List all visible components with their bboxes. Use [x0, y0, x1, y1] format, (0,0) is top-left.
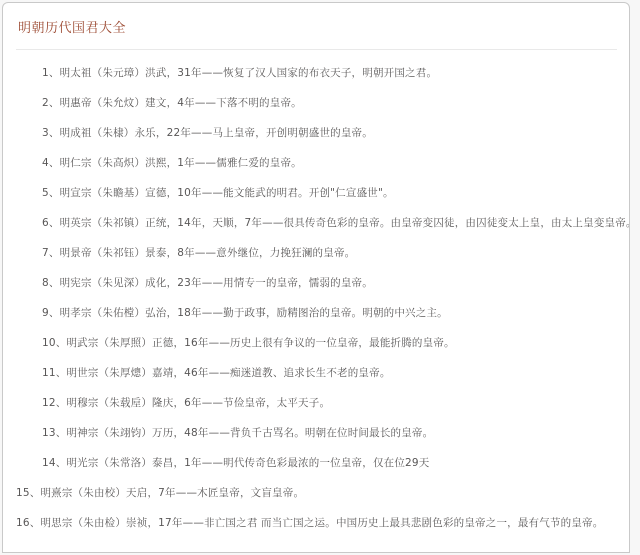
list-item-text: 2、明惠帝（朱允炆）建文，4年——下落不明的皇帝。 [42, 97, 302, 109]
list-item-text: 7、明景帝（朱祁钰）景泰，8年——意外继位，力挽狂澜的皇帝。 [42, 247, 355, 259]
list-item-text: 8、明宪宗（朱见深）成化，23年——用情专一的皇帝，懦弱的皇帝。 [42, 277, 373, 289]
title-divider [16, 49, 617, 50]
emperor-list: 1、明太祖（朱元璋）洪武，31年——恢复了汉人国家的布衣天子，明朝开国之君。 2… [16, 67, 625, 530]
list-item-text: 11、明世宗（朱厚熜）嘉靖，46年——痴迷道教、追求长生不老的皇帝。 [42, 367, 391, 379]
list-item-text: 12、明穆宗（朱载垕）隆庆，6年——节俭皇帝，太平天子。 [42, 397, 330, 409]
list-item-text: 15、明熹宗（朱由校）天启，7年——木匠皇帝，文盲皇帝。 [16, 487, 304, 499]
list-item: 12、明穆宗（朱载垕）隆庆，6年——节俭皇帝，太平天子。 [16, 397, 625, 410]
list-item: 14、明光宗（朱常洛）泰昌，1年——明代传奇色彩最浓的一位皇帝，仅在位29天 [16, 457, 625, 470]
list-item: 11、明世宗（朱厚熜）嘉靖，46年——痴迷道教、追求长生不老的皇帝。 [16, 367, 625, 380]
list-item: 6、明英宗（朱祁镇）正统，14年，天顺，7年——很具传奇色彩的皇帝。由皇帝变囚徒… [16, 217, 625, 230]
list-item: 4、明仁宗（朱高炽）洪熙，1年——儒雅仁爱的皇帝。 [16, 157, 625, 170]
list-item: 8、明宪宗（朱见深）成化，23年——用情专一的皇帝，懦弱的皇帝。 [16, 277, 625, 290]
list-item: 13、明神宗（朱翊钧）万历，48年——背负千古骂名。明朝在位时间最长的皇帝。 [16, 427, 625, 440]
list-item-text: 16、明思宗（朱由检）崇祯，17年——非亡国之君 而当亡国之运。中国历史上最具悲… [16, 517, 603, 529]
list-item-text: 1、明太祖（朱元璋）洪武，31年——恢复了汉人国家的布衣天子，明朝开国之君。 [42, 67, 437, 79]
list-item-text: 3、明成祖（朱棣）永乐，22年——马上皇帝，开创明朝盛世的皇帝。 [42, 127, 373, 139]
list-item: 7、明景帝（朱祁钰）景泰，8年——意外继位，力挽狂澜的皇帝。 [16, 247, 625, 260]
list-item: 15、明熹宗（朱由校）天启，7年——木匠皇帝，文盲皇帝。 [16, 487, 625, 500]
list-item-text: 10、明武宗（朱厚照）正德，16年——历史上很有争议的一位皇帝，最能折腾的皇帝。 [42, 337, 455, 349]
list-item-text: 5、明宣宗（朱瞻基）宣德，10年——能文能武的明君。开创"仁宣盛世"。 [42, 187, 394, 199]
list-item-text: 13、明神宗（朱翊钧）万历，48年——背负千古骂名。明朝在位时间最长的皇帝。 [42, 427, 433, 439]
list-item: 5、明宣宗（朱瞻基）宣德，10年——能文能武的明君。开创"仁宣盛世"。 [16, 187, 625, 200]
page-title: 明朝历代国君大全 [18, 17, 625, 36]
list-item-text: 6、明英宗（朱祁镇）正统，14年，天顺，7年——很具传奇色彩的皇帝。由皇帝变囚徒… [42, 217, 630, 229]
list-item: 10、明武宗（朱厚照）正德，16年——历史上很有争议的一位皇帝，最能折腾的皇帝。 [16, 337, 625, 350]
article-card: 明朝历代国君大全 1、明太祖（朱元璋）洪武，31年——恢复了汉人国家的布衣天子，… [2, 2, 630, 553]
list-item: 3、明成祖（朱棣）永乐，22年——马上皇帝，开创明朝盛世的皇帝。 [16, 127, 625, 140]
list-item: 16、明思宗（朱由检）崇祯，17年——非亡国之君 而当亡国之运。中国历史上最具悲… [16, 517, 625, 530]
list-item: 9、明孝宗（朱佑樘）弘治，18年——勤于政事，励精图治的皇帝。明朝的中兴之主。 [16, 307, 625, 320]
list-item-text: 4、明仁宗（朱高炽）洪熙，1年——儒雅仁爱的皇帝。 [42, 157, 302, 169]
list-item-text: 9、明孝宗（朱佑樘）弘治，18年——勤于政事，励精图治的皇帝。明朝的中兴之主。 [42, 307, 448, 319]
list-item: 2、明惠帝（朱允炆）建文，4年——下落不明的皇帝。 [16, 97, 625, 110]
list-item: 1、明太祖（朱元璋）洪武，31年——恢复了汉人国家的布衣天子，明朝开国之君。 [16, 67, 625, 80]
list-item-text: 14、明光宗（朱常洛）泰昌，1年——明代传奇色彩最浓的一位皇帝，仅在位29天 [42, 457, 430, 469]
